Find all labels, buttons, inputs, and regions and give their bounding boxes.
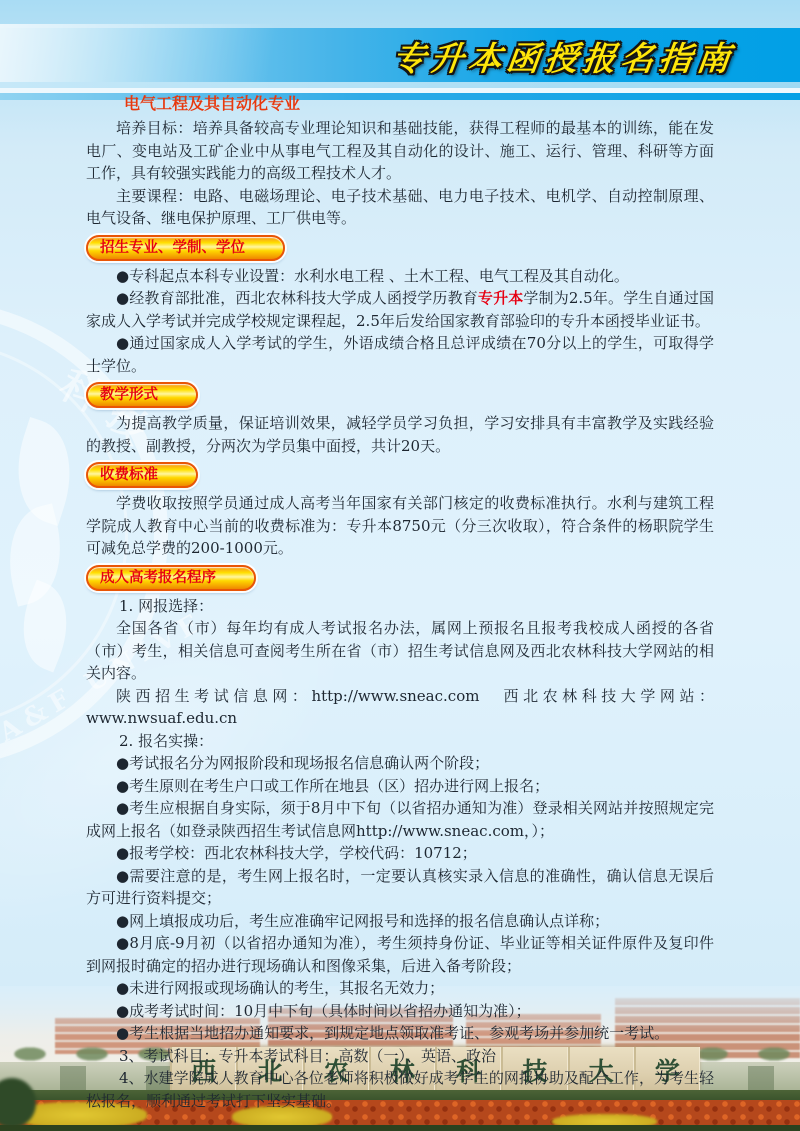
- procedure-bullet: ●考试报名分为网报阶段和现场报名信息确认两个阶段；: [86, 752, 714, 775]
- section-pill-row: 招生专业、学制、学位: [86, 235, 714, 261]
- enrollment-bullet: ●通过国家成人入学考试的学生，外语成绩合格且总评成绩在70分以上的学生，可取得学…: [86, 332, 714, 377]
- procedure-bullet: ●未进行网报或现场确认的考生，其报名无效力；: [86, 977, 714, 1000]
- enrollment-bullet: ●专科起点本科专业设置：水利水电工程 、土木工程、电气工程及其自动化。: [86, 265, 714, 288]
- step4-line: 4、水建学院成人教育中心各位老师将积极做好成考学生的网报协助及配合工作，为考生轻…: [86, 1067, 714, 1112]
- banner-title: 专升本函授报名指南: [335, 31, 793, 81]
- highlight-text: 专升本: [478, 289, 523, 307]
- step2-label: 2. 报名实操：: [86, 730, 714, 753]
- grass-strip: [0, 1125, 800, 1131]
- step3-line: 3、考试科目：专升本考试科目：高数（一）、英语、政治: [86, 1045, 714, 1068]
- procedure-bullet: ●成考考试时间：10月中下旬（具体时间以省招办通知为准）；: [86, 1000, 714, 1023]
- section-pill-row: 教学形式: [86, 382, 714, 408]
- procedure-bullet: ●报考学校：西北农林科技大学，学校代码：10712；: [86, 842, 714, 865]
- procedure-bullet: ●网上填报成功后，考生应准确牢记网报号和选择的报名信息确认点详称；: [86, 910, 714, 933]
- enrollment-bullet: ●经教育部批准，西北农林科技大学成人函授学历教育专升本学制为2.5年。学生自通过…: [86, 287, 714, 332]
- step1-paragraph: 全国各省（市）每年均有成人考试报名办法，属网上预报名且报考我校成人函授的各省（市…: [86, 617, 714, 685]
- banner-glow: [0, 24, 360, 86]
- major-heading: 电气工程及其自动化专业: [86, 92, 714, 115]
- section-pill-enrollment: 招生专业、学制、学位: [86, 235, 285, 261]
- procedure-bullet: ●考生原则在考生户口或工作所在地县（区）招办进行网上报名；: [86, 775, 714, 798]
- fees-paragraph: 学费收取按照学员通过成人高考当年国家有关部门核定的收费标准执行。水利与建筑工程学…: [86, 492, 714, 560]
- content: 电气工程及其自动化专业 培养目标：培养具备较高专业理论知识和基础技能，获得工程师…: [86, 92, 714, 1112]
- section-pill-procedure: 成人高考报名程序: [86, 565, 256, 591]
- procedure-bullet: ●8月底-9月初（以省招办通知为准），考生须持身份证、毕业证等相关证件原件及复印…: [86, 932, 714, 977]
- section-pill-fees: 收费标准: [86, 462, 198, 488]
- section-pill-row: 成人高考报名程序: [86, 565, 714, 591]
- bullet-text: ●经教育部批准，西北农林科技大学成人函授学历教育: [116, 289, 478, 307]
- section-pill-teaching: 教学形式: [86, 382, 198, 408]
- training-goal-paragraph: 培养目标：培养具备较高专业理论知识和基础技能，获得工程师的最基本的训练，能在发电…: [86, 117, 714, 185]
- step1-label: 1. 网报选择：: [86, 595, 714, 618]
- main-courses-paragraph: 主要课程：电路、电磁场理论、电子技术基础、电力电子技术、电机学、自动控制原理、电…: [86, 185, 714, 230]
- flyer-page: 专升本函授报名指南 科 技 A&F UNIVE 电气工程及其自动化专业 培养目标…: [0, 0, 800, 1131]
- teaching-paragraph: 为提高教学质量，保证培训效果，减轻学员学习负担，学习安排具有丰富教学及实践经验的…: [86, 412, 714, 457]
- procedure-bullet: ●考生根据当地招办通知要求，到规定地点领取准考证、参观考场并参加统一考试。: [86, 1022, 714, 1045]
- exam-websites-line: 陕西招生考试信息网：http://www.sneac.com 西北农林科技大学网…: [86, 685, 714, 730]
- procedure-bullet: ●需要注意的是，考生网上报名时，一定要认真核实录入信息的准确性，确认信息无误后方…: [86, 865, 714, 910]
- procedure-bullet: ●考生应根据自身实际，须于8月中下旬（以省招办通知为准）登录相关网站并按照规定完…: [86, 797, 714, 842]
- section-pill-row: 收费标准: [86, 462, 714, 488]
